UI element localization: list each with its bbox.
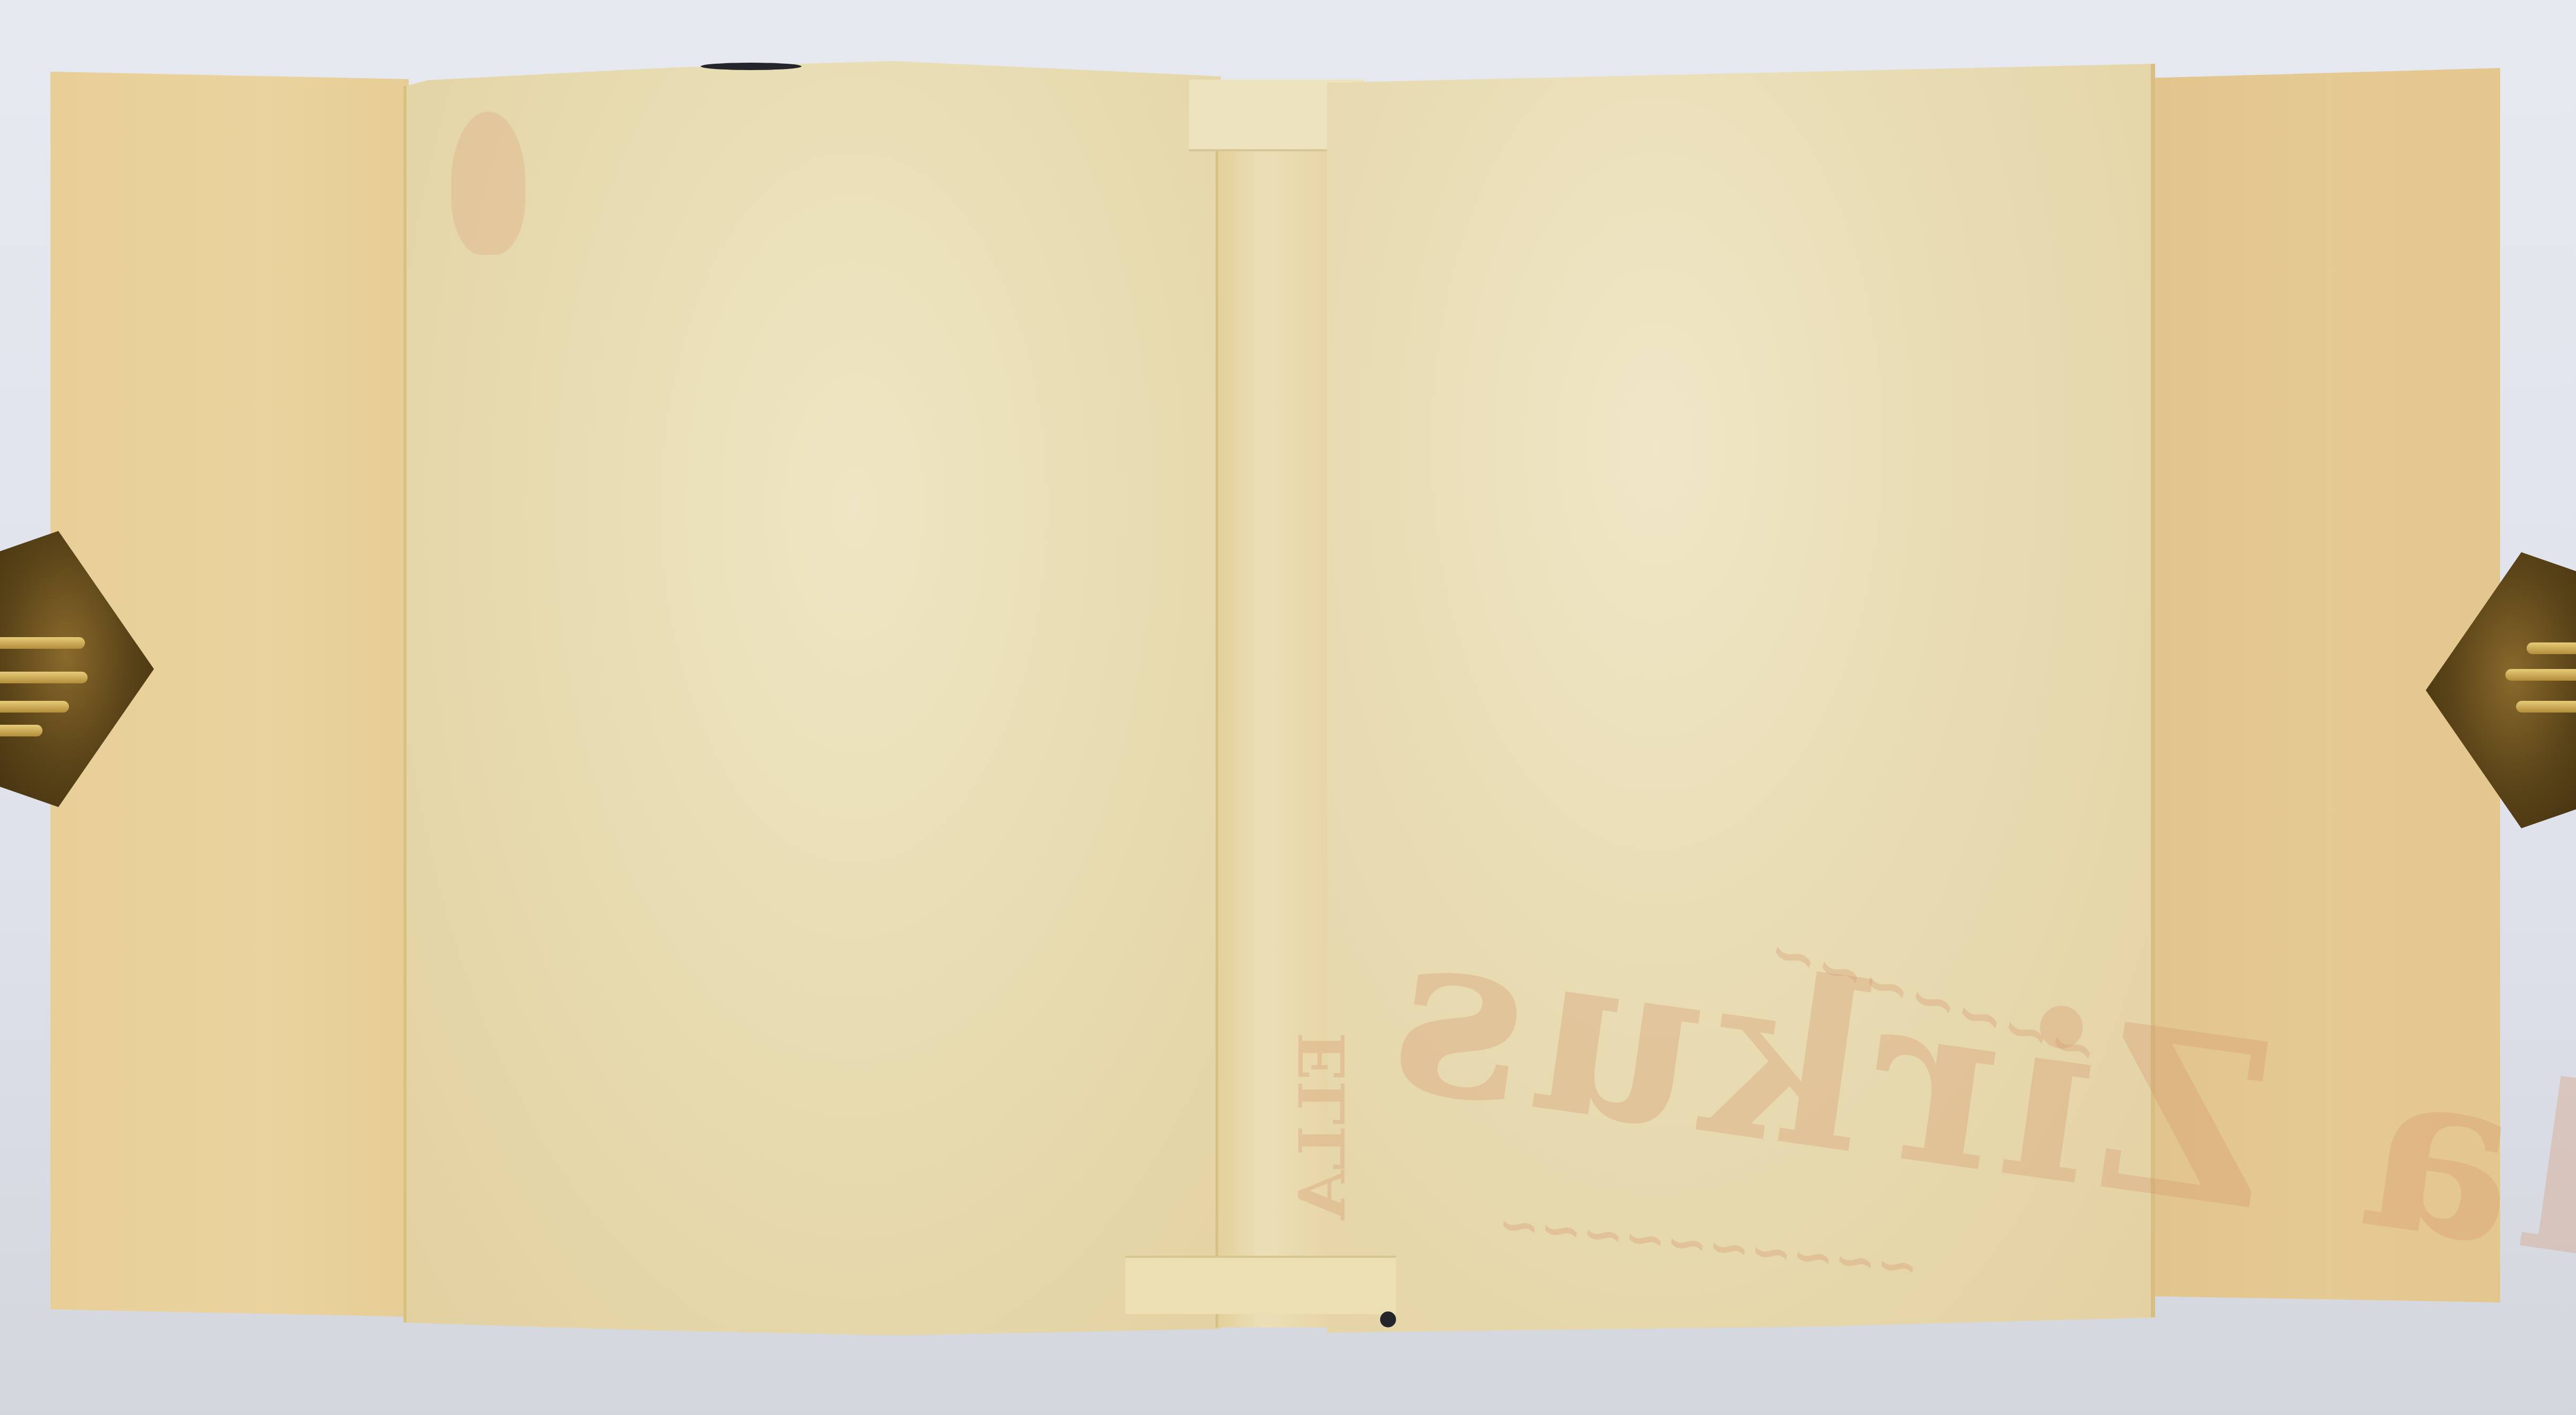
- clip-prong: [2527, 642, 2576, 654]
- top-edge-tear: [701, 63, 802, 70]
- bottom-edge-tear: [1380, 1311, 1396, 1327]
- clip-prong: [0, 672, 88, 683]
- clip-prong: [0, 701, 69, 713]
- spine-bottom-fold: [1125, 1256, 1396, 1314]
- photo-scene: Ella Zirkus ~~~~~~~ ~~~~~~~~~~ ELLA: [0, 0, 2576, 1415]
- clip-prong: [2516, 701, 2576, 713]
- spine-panel: [1216, 85, 1332, 1327]
- clip-prong: [0, 637, 85, 649]
- front-cover-panel: [1327, 64, 2155, 1333]
- clip-prong: [2505, 669, 2576, 681]
- back-cover-panel: [403, 61, 1221, 1335]
- clip-prong: [0, 725, 42, 736]
